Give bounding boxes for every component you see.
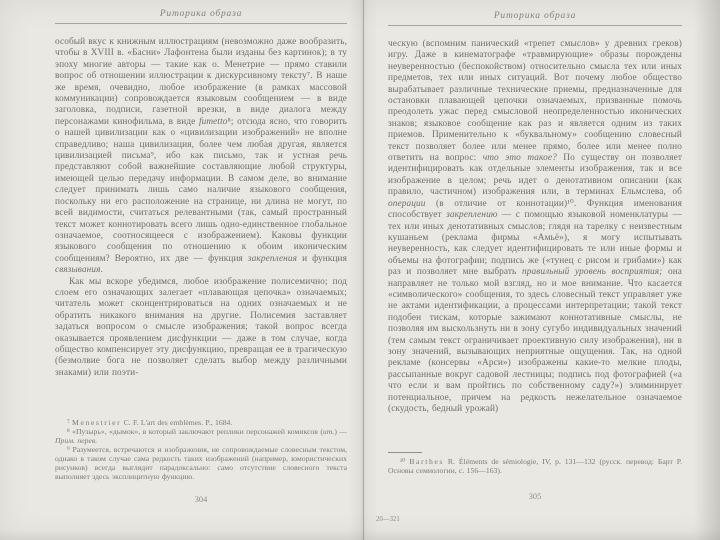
scan-right-edge-shadow — [694, 0, 720, 540]
text-run: связывания — [55, 265, 101, 275]
footnote: ⁸ «Пузырь», «дымок», в который заключают… — [55, 427, 347, 445]
text-run: ческую (вспомним панический «трепет смыс… — [388, 39, 682, 163]
scan-bottom-edge-shadow — [0, 530, 720, 540]
text-run: ит. — [323, 427, 334, 436]
page-body: особый вкус к книжным иллюстрациям (нево… — [55, 37, 347, 379]
running-header: Риторика образа — [388, 11, 682, 26]
right-page: Риторика образа ческую (вспомним паничес… — [364, 0, 720, 540]
book-scan: Риторика образа особый вкус к книжным ил… — [0, 0, 720, 540]
text-run: ¹⁰ — [400, 457, 409, 466]
text-run: fumetto — [199, 117, 228, 127]
page-body: ческую (вспомним панический «трепет смыс… — [388, 39, 682, 415]
text-run: C. F. L'art des emblèmes. P., 1684. — [121, 418, 232, 427]
footnote: ⁹ Разумеется, встречаются и изображения,… — [55, 445, 347, 481]
footnote-separator — [388, 452, 422, 453]
text-run: ⁹ Разумеется, встречаются и изображения,… — [55, 445, 347, 481]
footnote: ¹⁰ Barthes R. Éléments de sémiologie, IV… — [388, 457, 682, 475]
text-run: ) — — [334, 427, 347, 436]
text-run: ⁸ «Пузырь», «дымок», в который заключают… — [67, 427, 323, 436]
footnotes: ¹⁰ Barthes R. Éléments de sémiologie, IV… — [388, 457, 682, 475]
page-number: 304 — [55, 495, 347, 504]
running-header: Риторика образа — [55, 9, 347, 24]
text-run: Прим. перев. — [55, 436, 97, 445]
text-run: ⁸; отсюда ясно, что говорить о нашей цив… — [55, 117, 347, 264]
page-number: 305 — [388, 492, 682, 501]
text-run: Как мы вскоре убедимся, любое изображени… — [55, 277, 347, 378]
text-run: что это такое? — [483, 153, 557, 163]
text-run: особый вкус к книжным иллюстрациям (нево… — [55, 37, 347, 127]
text-run: Menestrier — [72, 418, 121, 427]
paragraph: ческую (вспомним панический «трепет смыс… — [388, 39, 682, 415]
text-run: она направляет не только мой взгляд, но … — [388, 267, 682, 414]
paragraph: особый вкус к книжным иллюстрациям (нево… — [55, 37, 347, 277]
text-run: правильный уровень восприятия; — [522, 267, 662, 277]
text-run: операции — [388, 199, 425, 209]
footnotes: ⁷ Menestrier C. F. L'art des emblèmes. P… — [55, 418, 347, 481]
text-run: . — [101, 265, 103, 275]
left-page: Риторика образа особый вкус к книжным ил… — [0, 0, 362, 540]
text-run: закрепления — [248, 254, 297, 264]
paragraph: Как мы вскоре убедимся, любое изображени… — [55, 277, 347, 380]
signature-mark: 20—321 — [376, 516, 400, 523]
text-run: Barthes — [409, 457, 444, 466]
text-run: и функция — [297, 254, 347, 264]
text-run: закреплению — [446, 210, 497, 220]
footnote: ⁷ Menestrier C. F. L'art des emblèmes. P… — [55, 418, 347, 427]
